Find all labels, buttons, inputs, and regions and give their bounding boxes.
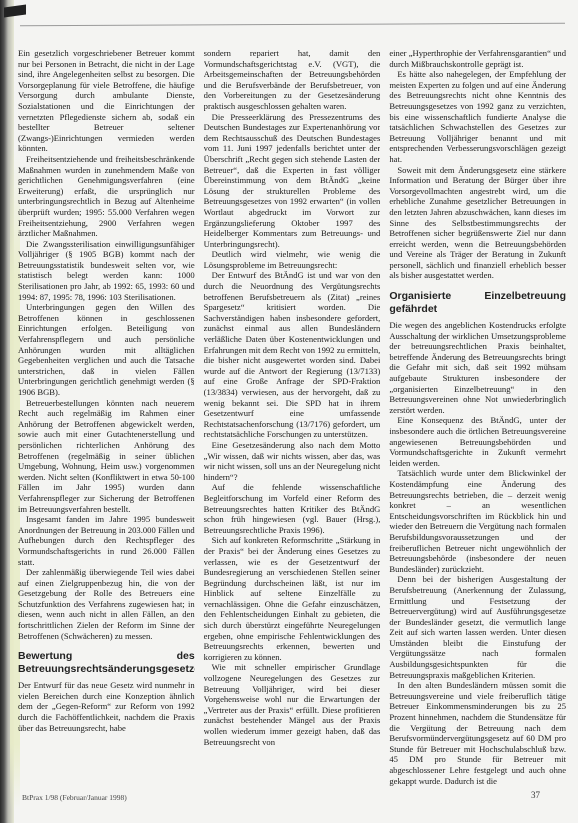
paragraph: Die Presseerklärung des Pressezentrums d…: [204, 112, 381, 250]
paragraph: Auf die fehlende wissenschaftliche Begle…: [204, 482, 381, 535]
paragraph: Denn bei der bisherigen Ausgestaltung de…: [389, 574, 566, 680]
paragraph: Der Entwurf des BtÄndG ist und war von d…: [204, 270, 381, 440]
paragraph: Soweit mit dem Änderungsgesetz eine stär…: [389, 165, 566, 282]
section-heading: Organisierte Einzelbetreuung gefährdet: [389, 290, 566, 315]
journal-footer: BtPrax 1/98 (Februar/Januar 1998): [22, 793, 127, 802]
header-rule: [20, 23, 565, 26]
paragraph: Wie mit schneller empirischer Grundlage …: [204, 662, 381, 747]
paragraph: In den alten Bundesländern müssen somit …: [389, 680, 566, 786]
paragraph: Der zahlenmäßig überwiegende Teil wies d…: [18, 567, 195, 641]
paragraph: Freiheitsentziehende und freiheitsbeschr…: [18, 154, 195, 239]
paragraph: Insgesamt fanden im Jahre 1995 bundeswei…: [18, 514, 195, 567]
paragraph: Die Zwangssterilisation einwilligungsunf…: [18, 239, 195, 303]
column-2: sondern repariert hat, damit den Vormund…: [204, 48, 381, 793]
column-1: Ein gesetzlich vorgeschriebener Betreuer…: [18, 48, 195, 793]
page-corner-mark: [4, 4, 26, 17]
paragraph: Ein gesetzlich vorgeschriebener Betreuer…: [18, 48, 195, 154]
page-number: 37: [531, 790, 540, 800]
article-body: Ein gesetzlich vorgeschriebener Betreuer…: [18, 48, 566, 793]
paragraph: sondern repariert hat, damit den Vormund…: [204, 48, 381, 112]
paragraph: einer „Hyperthrophie der Verfahrensgaran…: [389, 48, 566, 69]
paragraph: Eine Konsequenz des BtÄndG, unter der in…: [389, 415, 566, 468]
paragraph: Tatsächlich wurde unter dem Blickwinkel …: [389, 468, 566, 574]
paragraph: Deutlich wird vielmehr, wie wenig die Lö…: [204, 249, 381, 270]
paragraph: Der Entwurf für das neue Gesetz wird nun…: [18, 680, 195, 733]
paragraph: Es hätte also nahegelegen, der Empfehlun…: [389, 69, 566, 164]
column-3: einer „Hyperthrophie der Verfahrensgaran…: [389, 48, 566, 793]
section-heading: Bewertung des Betreuungsrechtsänderungsg…: [18, 650, 195, 675]
paragraph: Betreuerbestellungen könnten nach neuere…: [18, 398, 195, 515]
paragraph: Eine Gesetzesänderung also nach dem Mott…: [204, 440, 381, 482]
paragraph: Sich auf konkreten Reformschritte „Stärk…: [204, 535, 381, 662]
paragraph: Unterbringungen gegen den Willen des Bet…: [18, 302, 195, 397]
paragraph: Die wegen des angeblichen Kostendrucks e…: [389, 320, 566, 415]
